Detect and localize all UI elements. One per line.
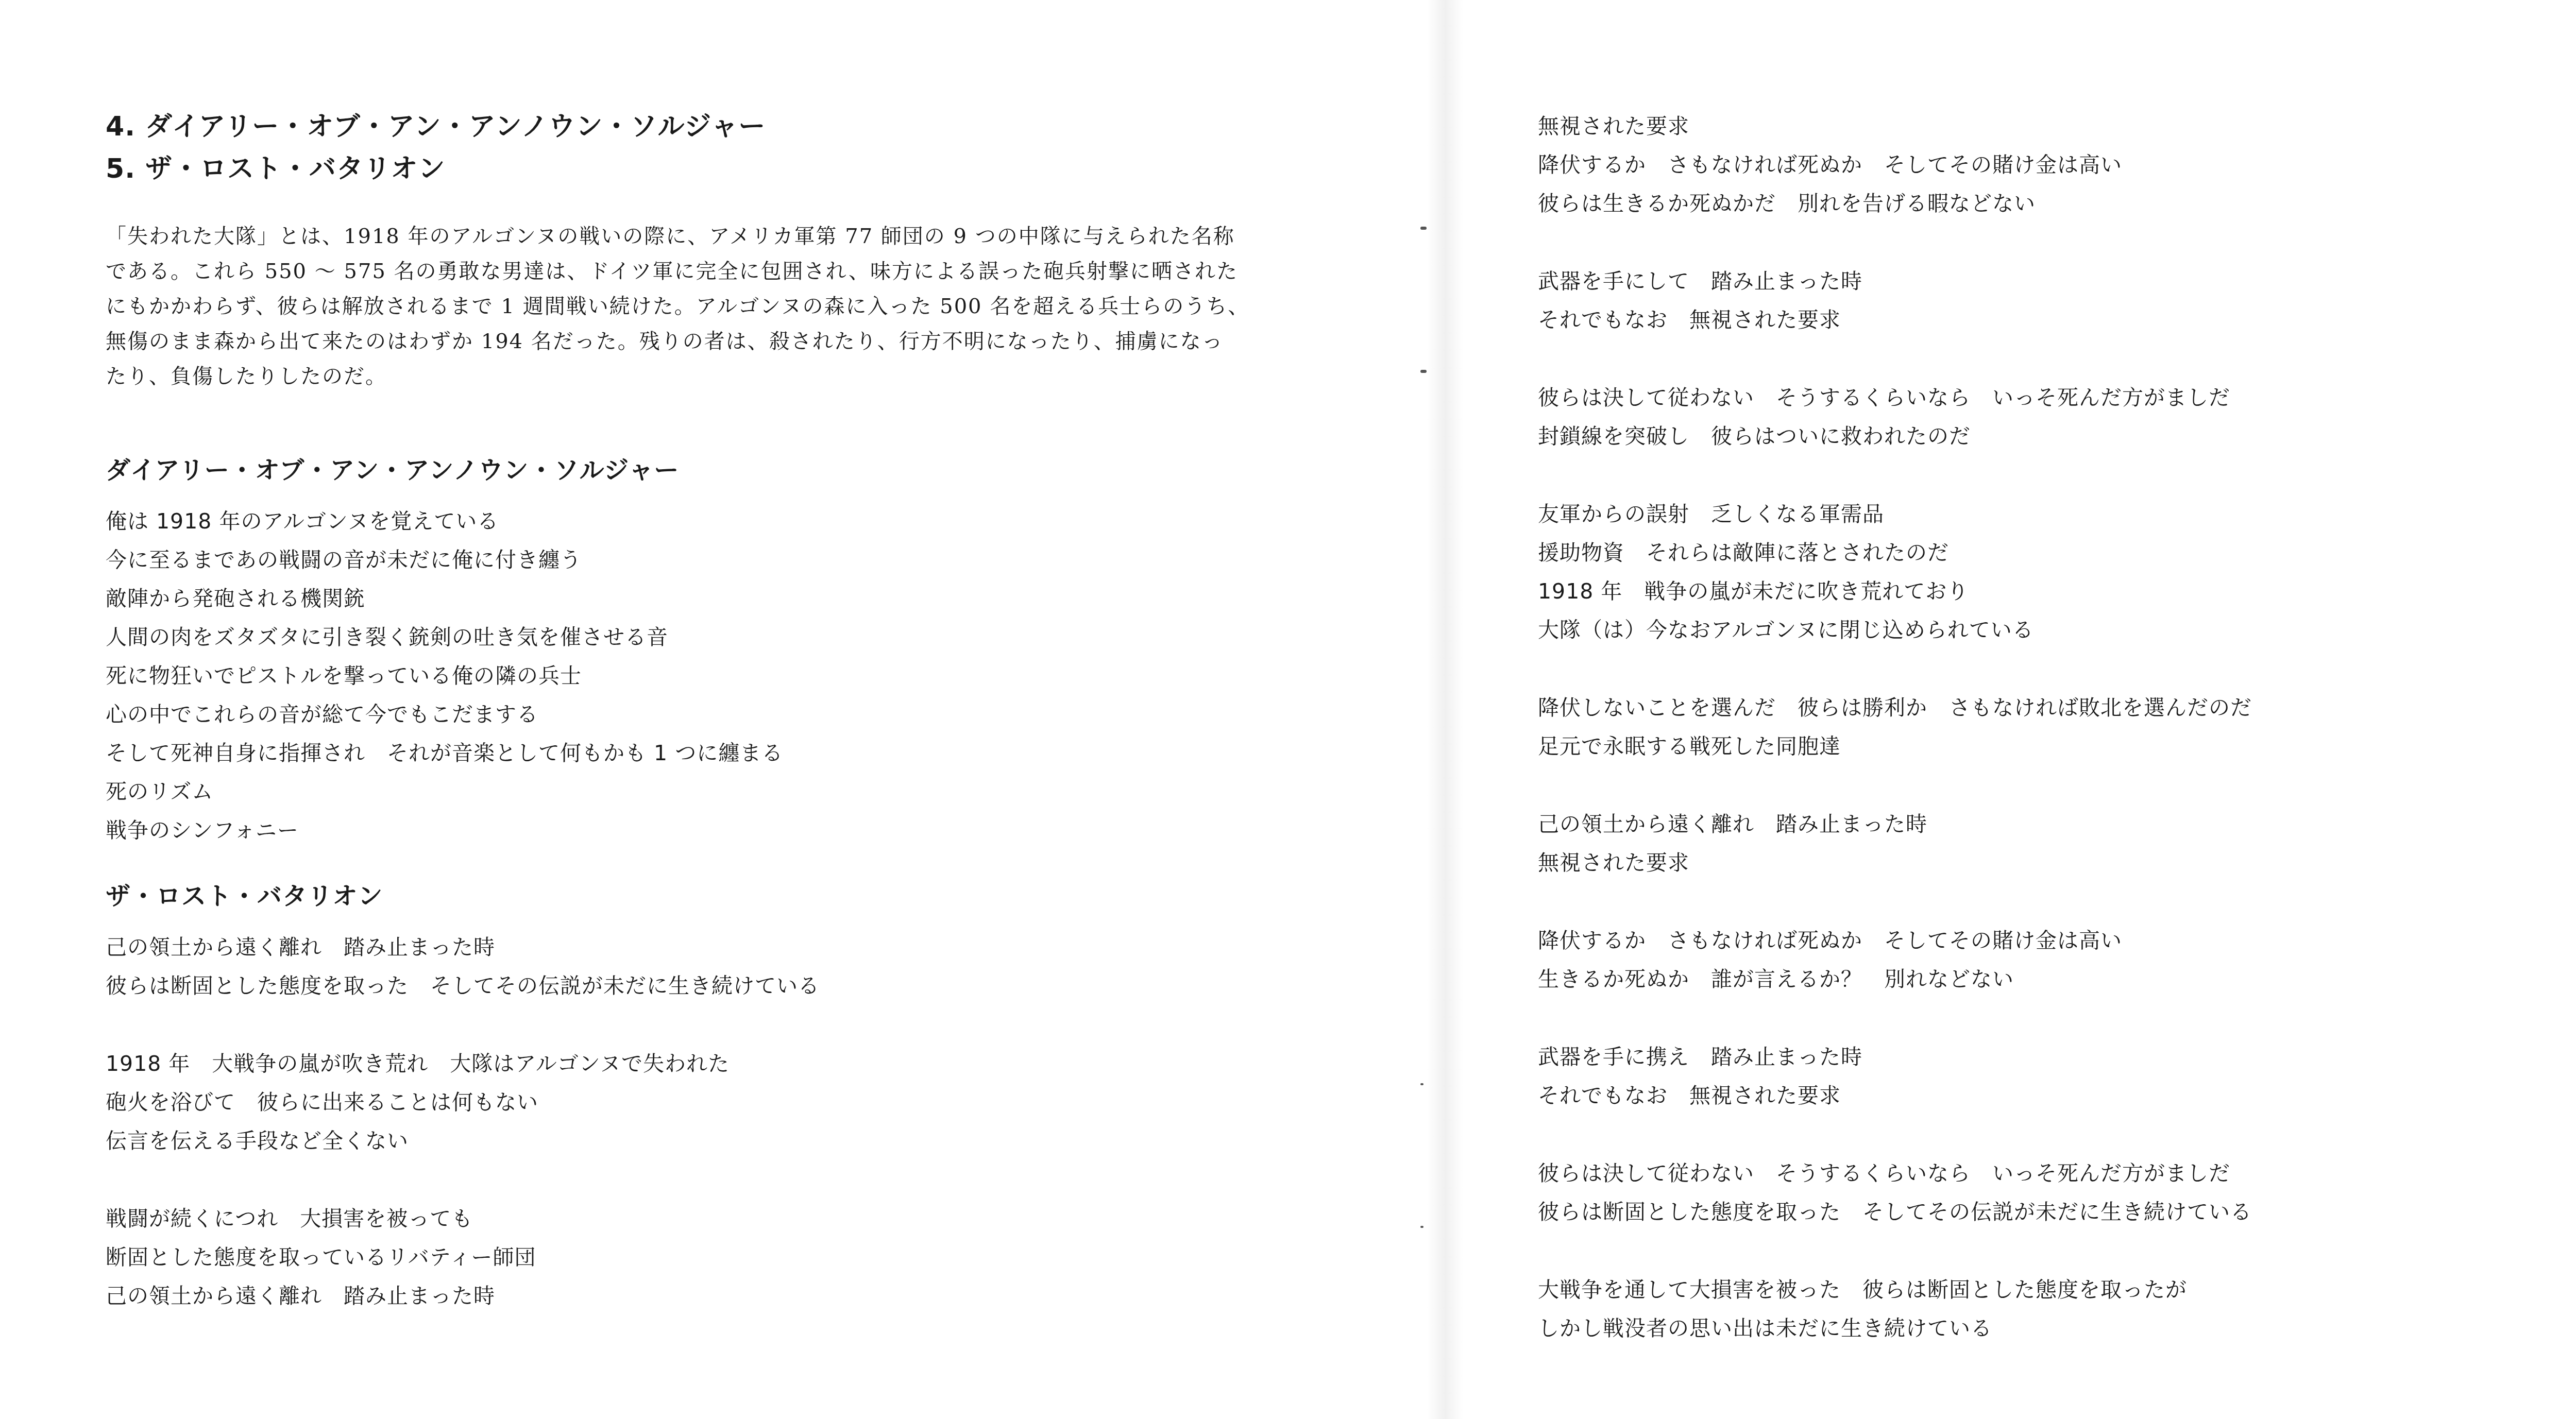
lyric-line: 彼らは決して従わない そうするくらいなら いっそ死んだ方がましだ [1538, 379, 2576, 417]
lyric-line: 足元で永眠する戦死した同胞達 [1538, 727, 2576, 766]
staple-mark [1420, 1083, 1423, 1085]
intro-line: たり、負傷したりしたのだ。 [106, 359, 1321, 394]
lyric-line: 友軍からの誤射 乏しくなる軍需品 [1538, 495, 2576, 534]
lyric-line: 封鎖線を突破し 彼らはついに救われたのだ [1538, 417, 2576, 456]
lyric-line: 武器を手にして 踏み止まった時 [1538, 262, 2576, 301]
lyrics-stanza: 彼らは決して従わない そうするくらいなら いっそ死んだ方がましだ 封鎖線を突破し… [1538, 379, 2576, 456]
lyric-line: 己の領土から遠く離れ 踏み止まった時 [106, 928, 1342, 967]
lyric-line: 敵陣から発砲される機関銃 [106, 579, 1342, 618]
lyric-line: 今に至るまであの戦闘の音が未だに俺に付き纏う [106, 541, 1342, 579]
intro-line: 「失われた大隊」とは、1918 年のアルゴンヌの戦いの際に、アメリカ軍第 77 … [106, 219, 1321, 254]
lyrics-stanza: 彼らは決して従わない そうするくらいなら いっそ死んだ方がましだ 彼らは断固とし… [1538, 1154, 2576, 1232]
left-page: 4. ダイアリー・オブ・アン・アンノウン・ソルジャー 5. ザ・ロスト・バタリオ… [0, 0, 1422, 1419]
booklet-spread: 4. ダイアリー・オブ・アン・アンノウン・ソルジャー 5. ザ・ロスト・バタリオ… [0, 0, 2576, 1419]
lyric-line: 断固とした態度を取っているリバティー師団 [106, 1238, 1342, 1277]
lyric-line: 死に物狂いでピストルを撃っている俺の隣の兵士 [106, 657, 1342, 695]
intro-line: である。これら 550 〜 575 名の勇敢な男達は、ドイツ軍に完全に包囲され、… [106, 254, 1321, 289]
lyric-line: 彼らは決して従わない そうするくらいなら いっそ死んだ方がましだ [1538, 1154, 2576, 1193]
lyrics-stanza: 己の領土から遠く離れ 踏み止まった時 彼らは断固とした態度を取った そしてその伝… [106, 928, 1342, 1005]
lyric-line: 彼らは生きるか死ぬかだ 別れを告げる暇などない [1538, 184, 2576, 223]
lyric-line: 無視された要求 [1538, 844, 2576, 882]
lyric-line: 援助物資 それらは敵陣に落とされたのだ [1538, 534, 2576, 572]
staple-mark [1420, 370, 1427, 373]
lyric-line: 俺は 1918 年のアルゴンヌを覚えている [106, 502, 1342, 541]
right-page: 無視された要求 降伏するか さもなければ死ぬか そしてその賭け金は高い 彼らは生… [1422, 0, 2576, 1419]
right-page-content: 無視された要求 降伏するか さもなければ死ぬか そしてその賭け金は高い 彼らは生… [1538, 107, 2576, 1348]
song-title-lost-battalion: ザ・ロスト・バタリオン [106, 881, 1342, 912]
lyric-line: 無視された要求 [1538, 107, 2576, 146]
lyric-line: 死のリズム [106, 773, 1342, 811]
lyric-line: 生きるか死ぬか 誰が言えるか？ 別れなどない [1538, 960, 2576, 999]
lyrics-stanza: 武器を手に携え 踏み止まった時 それでもなお 無視された要求 [1538, 1038, 2576, 1115]
lyric-line: 武器を手に携え 踏み止まった時 [1538, 1038, 2576, 1076]
track-title-5: 5. ザ・ロスト・バタリオン [106, 148, 1342, 190]
intro-line: にもかかわらず、彼らは解放されるまで 1 週間戦い続けた。アルゴンヌの森に入った… [106, 289, 1321, 324]
left-page-content: 4. ダイアリー・オブ・アン・アンノウン・ソルジャー 5. ザ・ロスト・バタリオ… [106, 106, 1342, 1315]
lyric-line: 降伏するか さもなければ死ぬか そしてその賭け金は高い [1538, 146, 2576, 184]
lyric-line: それでもなお 無視された要求 [1538, 301, 2576, 339]
intro-paragraph: 「失われた大隊」とは、1918 年のアルゴンヌの戦いの際に、アメリカ軍第 77 … [106, 219, 1321, 394]
lyrics-stanza: 武器を手にして 踏み止まった時 それでもなお 無視された要求 [1538, 262, 2576, 339]
intro-line: 無傷のまま森から出て来たのはわずか 194 名だった。残りの者は、殺されたり、行… [106, 324, 1321, 359]
lyric-line: 伝言を伝える手段など全くない [106, 1122, 1342, 1160]
lyrics-stanza: 無視された要求 降伏するか さもなければ死ぬか そしてその賭け金は高い 彼らは生… [1538, 107, 2576, 223]
lyric-line: 大隊（は）今なおアルゴンヌに閉じ込められている [1538, 611, 2576, 649]
lyrics-stanza: 1918 年 大戦争の嵐が吹き荒れ 大隊はアルゴンヌで失われた 砲火を浴びて 彼… [106, 1045, 1342, 1160]
gutter-shadow [1427, 0, 1463, 1419]
lyric-line: 降伏しないことを選んだ 彼らは勝利か さもなければ敗北を選んだのだ [1538, 689, 2576, 727]
lyric-line: それでもなお 無視された要求 [1538, 1076, 2576, 1115]
lyric-line: 戦闘が続くにつれ 大損害を被っても [106, 1200, 1342, 1238]
lyric-line: しかし戦没者の思い出は未だに生き続けている [1538, 1309, 2576, 1348]
song-title-diary: ダイアリー・オブ・アン・アンノウン・ソルジャー [106, 455, 1342, 486]
lyrics-stanza: 戦闘が続くにつれ 大損害を被っても 断固とした態度を取っているリバティー師団 己… [106, 1200, 1342, 1315]
lyric-line: 人間の肉をズタズタに引き裂く銃剣の吐き気を催させる音 [106, 618, 1342, 657]
track-titles: 4. ダイアリー・オブ・アン・アンノウン・ソルジャー 5. ザ・ロスト・バタリオ… [106, 106, 1342, 190]
lyric-line: 戦争のシンフォニー [106, 811, 1342, 850]
lyrics-stanza: 俺は 1918 年のアルゴンヌを覚えている 今に至るまであの戦闘の音が未だに俺に… [106, 502, 1342, 850]
lyrics-stanza: 大戦争を通して大損害を被った 彼らは断固とした態度を取ったが しかし戦没者の思い… [1538, 1271, 2576, 1348]
lyrics-stanza: 降伏するか さもなければ死ぬか そしてその賭け金は高い 生きるか死ぬか 誰が言え… [1538, 921, 2576, 999]
lyric-line: そして死神自身に指揮され それが音楽として何もかも 1 つに纏まる [106, 734, 1342, 773]
lyric-line: 1918 年 大戦争の嵐が吹き荒れ 大隊はアルゴンヌで失われた [106, 1045, 1342, 1083]
lyric-line: 砲火を浴びて 彼らに出来ることは何もない [106, 1083, 1342, 1122]
lyric-line: 心の中でこれらの音が総て今でもこだまする [106, 695, 1342, 734]
lyric-line: 彼らは断固とした態度を取った そしてその伝説が未だに生き続けている [106, 967, 1342, 1005]
lyrics-stanza: 降伏しないことを選んだ 彼らは勝利か さもなければ敗北を選んだのだ 足元で永眠す… [1538, 689, 2576, 766]
lyric-line: 1918 年 戦争の嵐が未だに吹き荒れており [1538, 572, 2576, 611]
lyric-line: 大戦争を通して大損害を被った 彼らは断固とした態度を取ったが [1538, 1271, 2576, 1309]
lyric-line: 己の領土から遠く離れ 踏み止まった時 [106, 1277, 1342, 1315]
lyrics-stanza: 友軍からの誤射 乏しくなる軍需品 援助物資 それらは敵陣に落とされたのだ 191… [1538, 495, 2576, 649]
lyric-line: 彼らは断固とした態度を取った そしてその伝説が未だに生き続けている [1538, 1193, 2576, 1232]
lyric-line: 降伏するか さもなければ死ぬか そしてその賭け金は高い [1538, 921, 2576, 960]
lyrics-stanza: 己の領土から遠く離れ 踏み止まった時 無視された要求 [1538, 805, 2576, 882]
staple-mark [1420, 1226, 1423, 1228]
track-title-4: 4. ダイアリー・オブ・アン・アンノウン・ソルジャー [106, 106, 1342, 148]
lyric-line: 己の領土から遠く離れ 踏み止まった時 [1538, 805, 2576, 844]
staple-mark [1420, 227, 1427, 230]
